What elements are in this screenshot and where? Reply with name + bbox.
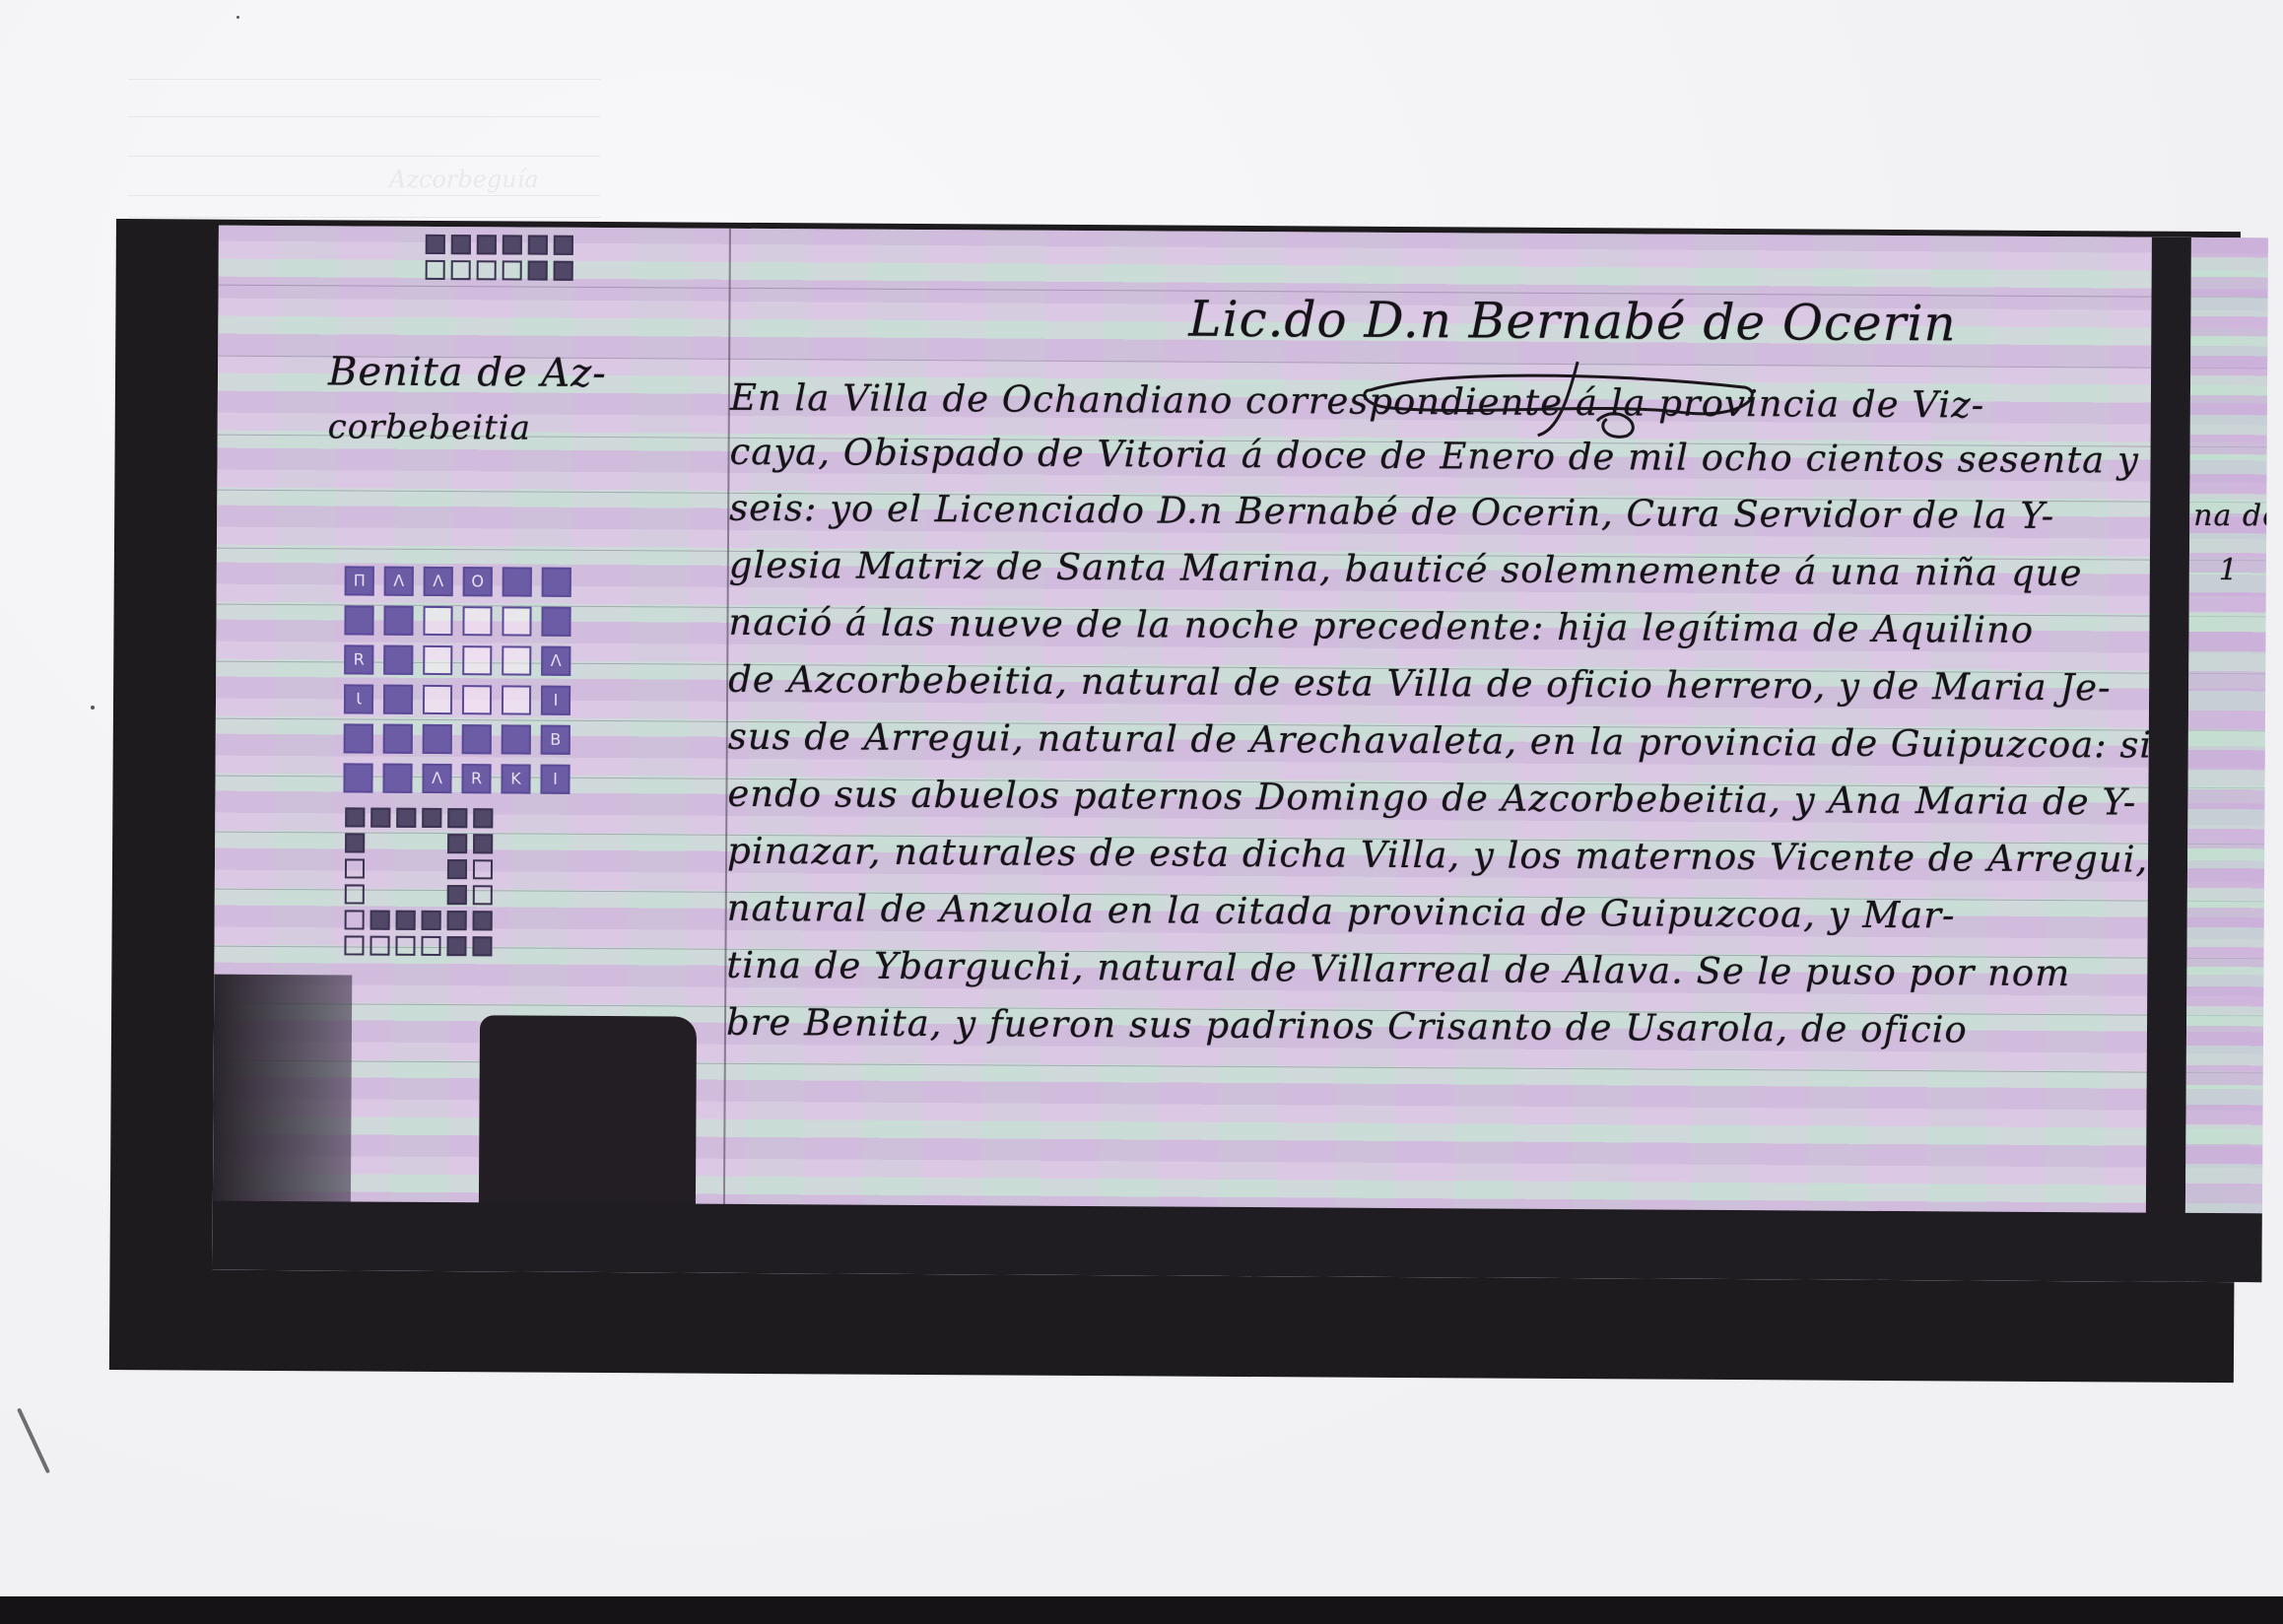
record-line-9: pinazar, naturales de esta dicha Villa, … — [727, 830, 2148, 881]
scanner-edge — [0, 1596, 2283, 1624]
record-line-6: de Azcorbebeitia, natural de esta Villa … — [728, 658, 2112, 710]
manuscript-sheet: Lic.do D.n Bernabé de Ocerin Benita de A… — [212, 226, 2267, 1283]
staple-pin — [17, 1408, 50, 1474]
photocopy-frame: Lic.do D.n Bernabé de Ocerin Benita de A… — [109, 219, 2241, 1383]
margin-name-entry: Benita de Az- corbebeitia — [328, 344, 607, 456]
record-line-5: nació á las nueve de la noche precedente… — [728, 601, 2034, 651]
faint-bleed-through: Azcorbeguía — [128, 39, 601, 218]
adjacent-page-fragment-2: 1 — [2219, 553, 2239, 587]
record-line-11: tina de Ybarguchi, natural de Villarreal… — [726, 944, 2070, 994]
record-line-4: glesia Matriz de Santa Marina, bauticé s… — [729, 544, 2083, 594]
thumb-shadow — [479, 1015, 697, 1233]
record-line-10: natural de Anzuola en la citada provinci… — [727, 887, 1956, 937]
scanned-page: Azcorbeguía Lic.do D — [0, 0, 2283, 1624]
record-line-2: caya, Obispado de Vitoria á doce de Ener… — [729, 431, 2139, 482]
record-line-12: bre Benita, y fueron sus padrinos Crisan… — [726, 1001, 1968, 1051]
adjacent-page-edge: na de 1 — [2184, 237, 2267, 1282]
scan-shadow-bottom — [212, 1201, 2261, 1283]
binding-shadow — [2145, 237, 2190, 1282]
margin-name-line-2: corbebeitia — [328, 399, 607, 456]
registration-grid-bottom — [344, 807, 493, 956]
scan-shadow-left — [213, 975, 353, 1232]
record-line-8: endo sus abuelos paternos Domingo de Azc… — [727, 773, 2136, 824]
adjacent-page-fragment-1: na de — [2193, 499, 2268, 534]
violet-stamp-grid: ΠΛΛO RΛ ƖI B ΛRKI — [343, 566, 571, 793]
registration-grid-top — [426, 235, 573, 281]
ghost-word: Azcorbeguía — [389, 166, 539, 193]
record-line-1: En la Villa de Ochandiano correspondient… — [730, 376, 1985, 427]
margin-name-line-1: Benita de Az- — [328, 344, 607, 401]
record-line-7: sus de Arregui, natural de Arechavaleta,… — [728, 715, 2166, 767]
record-line-3: seis: yo el Licenciado D.n Bernabé de Oc… — [729, 487, 2054, 537]
